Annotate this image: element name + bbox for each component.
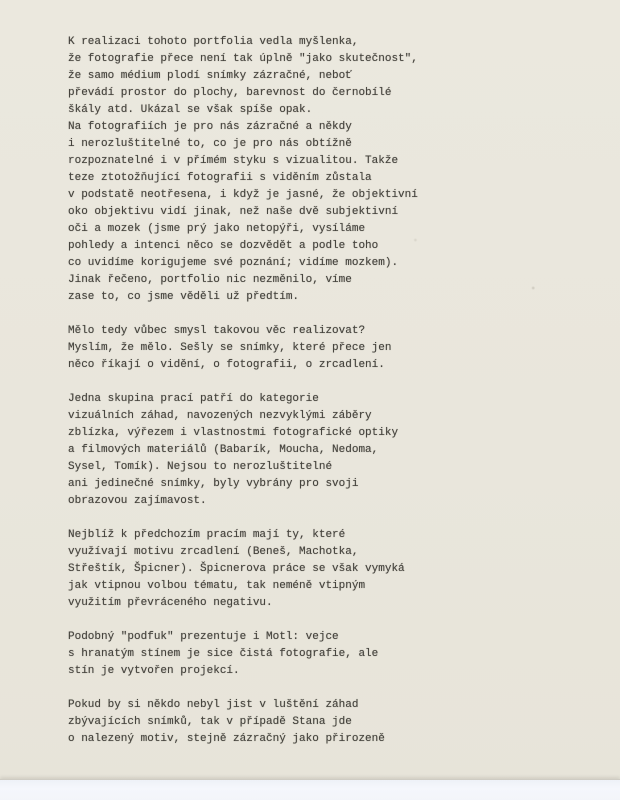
scanned-typewritten-page: K realizaci tohoto portfolia vedla myšle…: [0, 0, 620, 800]
typewritten-text: K realizaci tohoto portfolia vedla myšle…: [68, 34, 600, 765]
scanner-edge-strip: [0, 779, 620, 800]
paragraph-3: Jedna skupina prací patří do kategorie v…: [68, 391, 600, 510]
paragraph-2: Mělo tedy vůbec smysl takovou věc realiz…: [68, 323, 600, 374]
paragraph-1: K realizaci tohoto portfolia vedla myšle…: [68, 34, 600, 306]
paragraph-6: Pokud by si někdo nebyl jist v luštění z…: [68, 697, 600, 748]
paragraph-4: Nejblíž k předchozím pracím mají ty, kte…: [68, 527, 600, 612]
paragraph-5: Podobný "podfuk" prezentuje i Motl: vejc…: [68, 629, 600, 680]
